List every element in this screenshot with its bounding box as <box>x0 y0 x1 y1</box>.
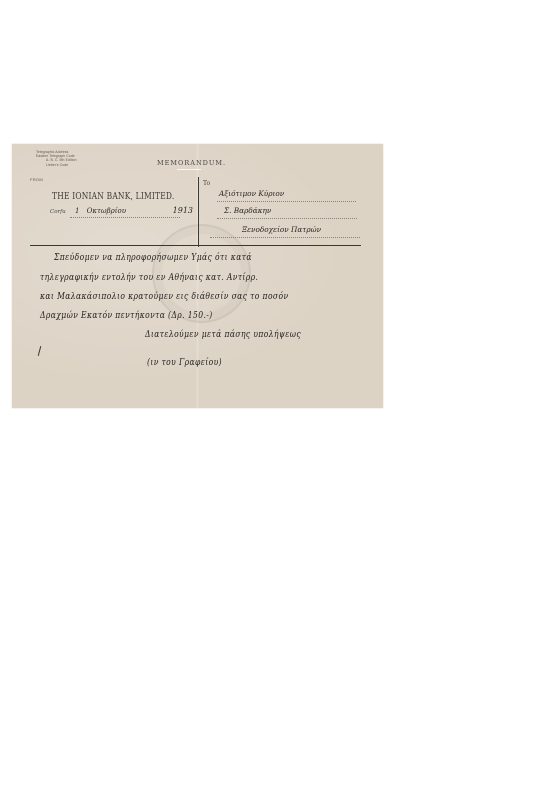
address-line: Lieber's Code <box>36 163 77 167</box>
body-line: Σπεύδομεν να πληροφορήσωμεν Υμάς ότι κατ… <box>54 251 252 262</box>
signature: (ιν του Γραφείου) <box>147 356 222 367</box>
body-line: και Μαλακάσιπολιο κρατούμεν εις διάθεσίν… <box>40 290 289 301</box>
from-to-divider <box>198 177 199 247</box>
date-month: Οκτωβρίου <box>87 207 126 215</box>
recipient-line: Αξιότιμον Κύριον <box>219 189 284 198</box>
recipient-line: Σ. Βαρδάκην <box>224 206 271 215</box>
title-underline <box>177 169 201 170</box>
recipient-dotted-line <box>217 218 357 219</box>
recipient-dotted-line <box>210 237 360 238</box>
sender-name: THE IONIAN BANK, LIMITED. <box>52 190 174 201</box>
place-date-line: Corfu 1 Οκτωβρίου 1913 <box>50 207 195 215</box>
memorandum-title: MEMORANDUM. <box>157 159 226 167</box>
body-line: τηλεγραφικήν εντολήν του εν Αθήναις κατ.… <box>40 271 258 282</box>
margin-mark <box>38 346 42 356</box>
letterhead-address: Telegraphic Address Eastern Telegraph Co… <box>36 150 77 167</box>
from-label: FROM <box>30 177 43 182</box>
closing-line: Διατελούμεν μετά πάσης υπολήψεως <box>145 328 301 339</box>
date-day: 1 <box>75 207 79 215</box>
recipient-line: Ξενοδοχείον Πατρών <box>242 225 321 234</box>
body-line: Δραχμών Εκατόν πεντήκοντα (Δρ. 150.-) <box>40 309 213 320</box>
place: Corfu <box>50 209 66 215</box>
header-rule <box>30 245 361 246</box>
date-year: 1913 <box>173 206 193 215</box>
to-label: To <box>203 180 210 187</box>
recipient-dotted-line <box>217 201 356 202</box>
memorandum-paper: Telegraphic Address Eastern Telegraph Co… <box>12 144 383 408</box>
date-dotted-line <box>70 217 180 218</box>
